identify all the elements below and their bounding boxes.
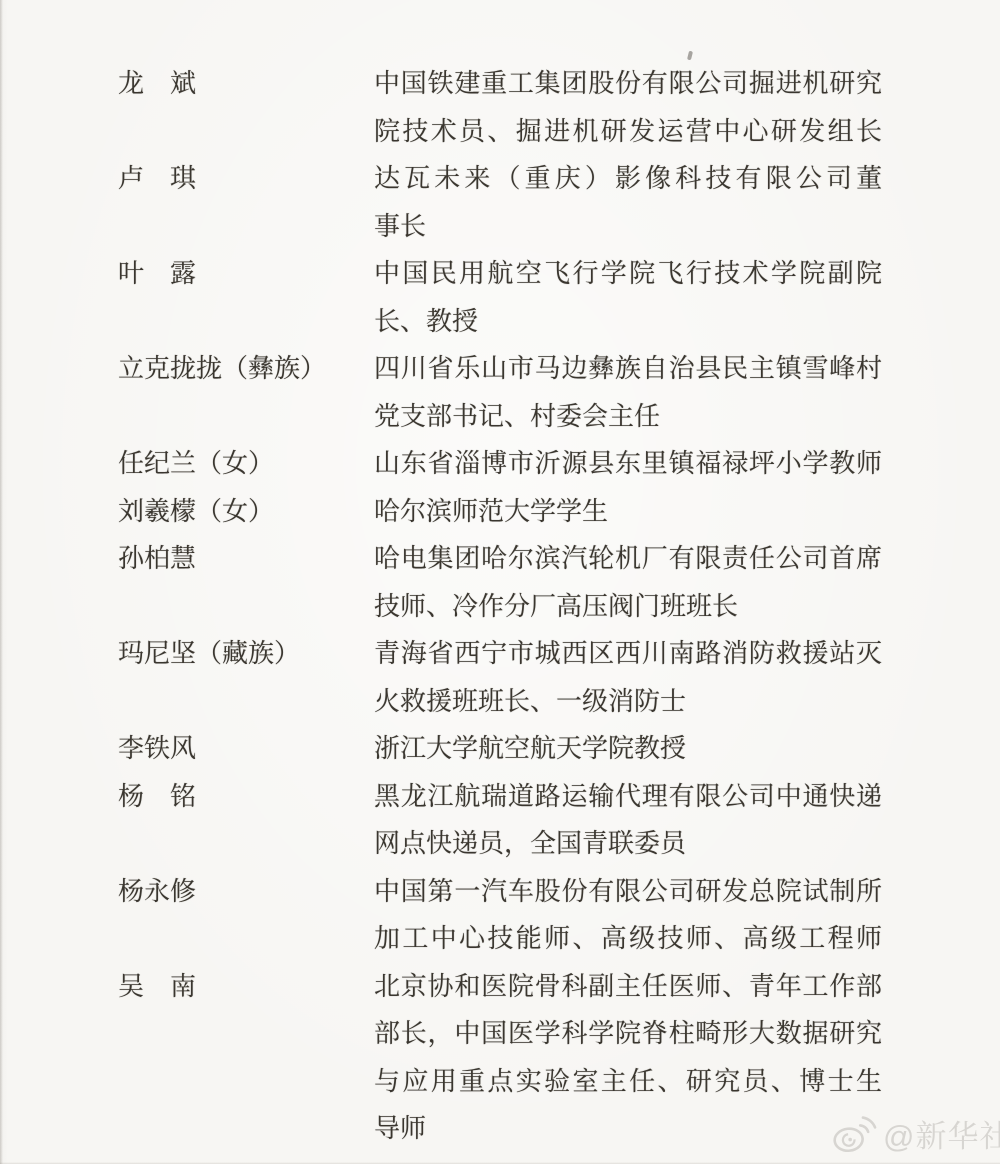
description-line: 网点快递员，全国青联委员 <box>374 820 882 868</box>
person-description: 哈电集团哈尔滨汽轮机厂有限责任公司首席技师、冷作分厂高压阀门班班长 <box>374 535 882 630</box>
description-line: 长、教授 <box>374 298 882 346</box>
list-entry: 玛尼坚（藏族）青海省西宁市城西区西川南路消防救援站灭火救援班班长、一级消防士 <box>0 630 1000 725</box>
person-name: 杨永修 <box>118 868 374 916</box>
person-name: 龙 斌 <box>118 60 374 108</box>
person-name: 孙柏慧 <box>118 535 374 583</box>
person-description: 哈尔滨师范大学学生 <box>374 488 882 536</box>
person-name: 吴 南 <box>118 963 374 1011</box>
person-description: 浙江大学航空航天学院教授 <box>374 725 882 773</box>
description-line: 哈电集团哈尔滨汽轮机厂有限责任公司首席 <box>374 535 882 583</box>
weibo-watermark: @新华社 <box>830 1110 1000 1156</box>
description-line: 事长 <box>374 203 882 251</box>
person-description: 青海省西宁市城西区西川南路消防救援站灭火救援班班长、一级消防士 <box>374 630 882 725</box>
description-line: 四川省乐山市马边彝族自治县民主镇雪峰村 <box>374 345 882 393</box>
description-line: 中国民用航空飞行学院飞行技术学院副院 <box>374 250 882 298</box>
description-line: 火救援班班长、一级消防士 <box>374 678 882 726</box>
list-entry: 立克拢拢（彝族）四川省乐山市马边彝族自治县民主镇雪峰村党支部书记、村委会主任 <box>0 345 1000 440</box>
person-name: 立克拢拢（彝族） <box>118 345 374 393</box>
description-line: 浙江大学航空航天学院教授 <box>374 725 882 773</box>
list-entry: 任纪兰（女）山东省淄博市沂源县东里镇福禄坪小学教师 <box>0 440 1000 488</box>
description-line: 中国铁建重工集团股份有限公司掘进机研究 <box>374 60 882 108</box>
person-description: 四川省乐山市马边彝族自治县民主镇雪峰村党支部书记、村委会主任 <box>374 345 882 440</box>
list-entry: 叶 露中国民用航空飞行学院飞行技术学院副院长、教授 <box>0 250 1000 345</box>
person-description: 北京协和医院骨科副主任医师、青年工作部部长，中国医学科学院脊柱畸形大数据研究与应… <box>374 963 882 1153</box>
person-description: 黑龙江航瑞道路运输代理有限公司中通快递网点快递员，全国青联委员 <box>374 773 882 868</box>
list-entry: 刘羲檬（女）哈尔滨师范大学学生 <box>0 488 1000 536</box>
weibo-logo-icon <box>828 1110 882 1157</box>
person-description: 中国民用航空飞行学院飞行技术学院副院长、教授 <box>374 250 882 345</box>
document-list: 龙 斌中国铁建重工集团股份有限公司掘进机研究院技术员、掘进机研发运营中心研发组长… <box>0 60 1000 1153</box>
list-entry: 杨 铭黑龙江航瑞道路运输代理有限公司中通快递网点快递员，全国青联委员 <box>0 773 1000 868</box>
person-description: 达瓦未来（重庆）影像科技有限公司董事长 <box>374 155 882 250</box>
list-entry: 杨永修中国第一汽车股份有限公司研发总院试制所加工中心技能师、高级技师、高级工程师 <box>0 868 1000 963</box>
description-line: 技师、冷作分厂高压阀门班班长 <box>374 583 882 631</box>
person-name: 玛尼坚（藏族） <box>118 630 374 678</box>
person-name: 叶 露 <box>118 250 374 298</box>
person-name: 任纪兰（女） <box>118 440 374 488</box>
description-line: 青海省西宁市城西区西川南路消防救援站灭 <box>374 630 882 678</box>
description-line: 院技术员、掘进机研发运营中心研发组长 <box>374 108 882 156</box>
person-description: 中国铁建重工集团股份有限公司掘进机研究院技术员、掘进机研发运营中心研发组长 <box>374 60 882 155</box>
person-description: 中国第一汽车股份有限公司研发总院试制所加工中心技能师、高级技师、高级工程师 <box>374 868 882 963</box>
description-line: 与应用重点实验室主任、研究员、博士生 <box>374 1058 882 1106</box>
list-entry: 孙柏慧哈电集团哈尔滨汽轮机厂有限责任公司首席技师、冷作分厂高压阀门班班长 <box>0 535 1000 630</box>
scan-artifact-speck <box>687 51 693 61</box>
watermark-handle-text: @新华社 <box>883 1111 1000 1156</box>
person-name: 卢 琪 <box>118 155 374 203</box>
description-line: 加工中心技能师、高级技师、高级工程师 <box>374 915 882 963</box>
description-line: 山东省淄博市沂源县东里镇福禄坪小学教师 <box>374 440 882 488</box>
person-name: 李铁风 <box>118 725 374 773</box>
scanned-document-page: 龙 斌中国铁建重工集团股份有限公司掘进机研究院技术员、掘进机研发运营中心研发组长… <box>0 0 1000 1164</box>
list-entry: 龙 斌中国铁建重工集团股份有限公司掘进机研究院技术员、掘进机研发运营中心研发组长 <box>0 60 1000 155</box>
description-line: 党支部书记、村委会主任 <box>374 393 882 441</box>
description-line: 部长，中国医学科学院脊柱畸形大数据研究 <box>374 1010 882 1058</box>
description-line: 达瓦未来（重庆）影像科技有限公司董 <box>374 155 882 203</box>
description-line: 中国第一汽车股份有限公司研发总院试制所 <box>374 868 882 916</box>
list-entry: 卢 琪达瓦未来（重庆）影像科技有限公司董事长 <box>0 155 1000 250</box>
person-description: 山东省淄博市沂源县东里镇福禄坪小学教师 <box>374 440 882 488</box>
person-name: 杨 铭 <box>118 773 374 821</box>
list-entry: 李铁风浙江大学航空航天学院教授 <box>0 725 1000 773</box>
person-name: 刘羲檬（女） <box>118 488 374 536</box>
description-line: 导师 <box>374 1105 882 1153</box>
description-line: 黑龙江航瑞道路运输代理有限公司中通快递 <box>374 773 882 821</box>
description-line: 北京协和医院骨科副主任医师、青年工作部 <box>374 963 882 1011</box>
description-line: 哈尔滨师范大学学生 <box>374 488 882 536</box>
